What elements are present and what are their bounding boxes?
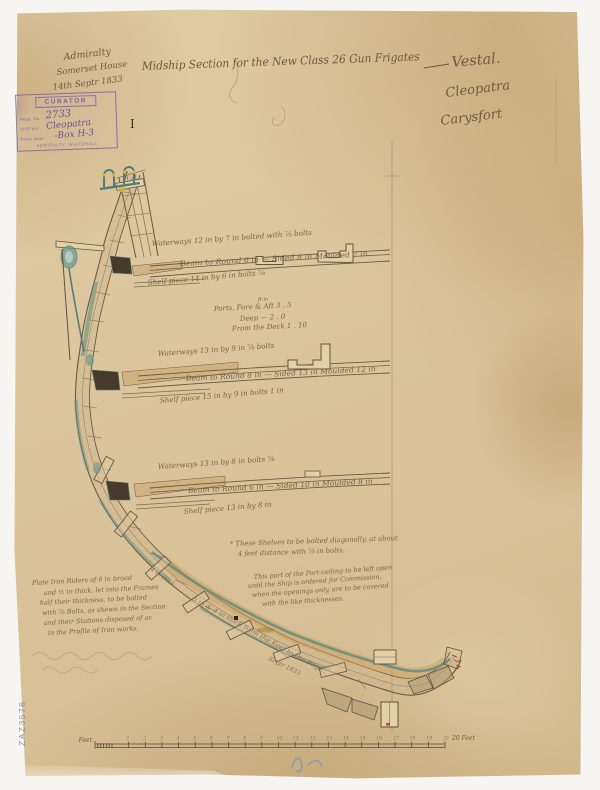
ports-dims-1: Ports, Fore & Aft 3 . 5 xyxy=(213,301,293,313)
ship-name-cleopatra: Cleopatra xyxy=(445,78,511,101)
chain-plate-lower xyxy=(86,354,94,366)
ship-name-vestal: Vestal. xyxy=(451,51,501,71)
waterway-lower xyxy=(106,481,130,500)
svg-text:9: 9 xyxy=(260,736,263,742)
upper-waterways-note: Waterways 12 in by 7 in bolted with ⅞ bo… xyxy=(152,228,313,248)
chain-plate-mid xyxy=(93,462,101,474)
scale-left-label: Feet xyxy=(78,737,93,744)
waterway-upper xyxy=(110,256,132,274)
iron-riders-note-line: in the Profile of Iron works. xyxy=(48,624,139,637)
shelves-note-line: * These Shelves to be bolted diagonally,… xyxy=(230,534,398,548)
shelves-note-line: 4 feet distance with ⅞ in bolts. xyxy=(237,546,345,558)
scale-right-label: 20 Feet xyxy=(451,735,475,742)
svg-text:7: 7 xyxy=(227,736,230,742)
svg-text:12: 12 xyxy=(310,736,316,742)
stamp-label: Regd. No. xyxy=(20,116,46,122)
carling-lower xyxy=(305,471,320,477)
svg-text:1: 1 xyxy=(127,736,130,742)
svg-text:3: 3 xyxy=(160,736,163,742)
svg-text:8: 8 xyxy=(243,736,246,742)
archive-mark: ZAZ3576 xyxy=(17,701,27,746)
scale-ticks: 1234567891011121314151617181920 xyxy=(98,736,449,748)
lower-waterways-note: Waterways 13 in by 8 in bolts ⅞ xyxy=(158,454,275,471)
svg-text:4: 4 xyxy=(176,736,180,742)
office-name: Admiralty xyxy=(62,46,112,63)
svg-text:2: 2 xyxy=(142,736,146,742)
red-ink-scrawl xyxy=(32,652,152,673)
svg-text:5: 5 xyxy=(193,736,196,742)
ports-dims-2: Deep — 2 . 0 xyxy=(239,313,286,323)
svg-text:18: 18 xyxy=(410,736,416,742)
plate-numeral: I xyxy=(130,117,135,131)
stamp-label: SHIP AH. xyxy=(20,126,46,132)
stamp-footer: ADMIRALTY, WHITEHALL xyxy=(21,140,114,148)
stamp-title: CURATOR xyxy=(35,95,97,108)
upper-beam-note: Beam to Round 6 in — Sided 8 in Moulded … xyxy=(179,249,369,268)
svg-text:20: 20 xyxy=(442,736,449,742)
title-dash xyxy=(424,64,449,68)
blue-pencil-mark xyxy=(292,758,322,771)
svg-text:19: 19 xyxy=(426,736,432,742)
curator-stamp: CURATOR Regd. No. 2733 SHIP AH. Cleopatr… xyxy=(15,91,118,151)
main-shelf-note: Shelf piece 15 in by 9 in bolts 1 in xyxy=(159,385,284,405)
scale-bar: 1234567891011121314151617181920 Feet 20 … xyxy=(78,735,476,749)
svg-text:15: 15 xyxy=(360,736,366,742)
svg-text:11: 11 xyxy=(293,736,299,742)
drawing-title: Midship Section for the New Class 26 Gun… xyxy=(141,49,420,73)
svg-text:17: 17 xyxy=(393,736,399,742)
svg-text:16: 16 xyxy=(376,736,382,742)
svg-text:13: 13 xyxy=(326,736,332,742)
svg-text:10: 10 xyxy=(277,736,283,742)
title-block: Admiralty Somerset House 14th Septr 1833… xyxy=(52,46,511,129)
svg-text:14: 14 xyxy=(343,736,349,742)
ship-name-carysfort: Carysfort xyxy=(440,106,504,129)
lower-shelf-note: Shelf piece 13 in by 8 in xyxy=(183,499,272,516)
yellow-fitting xyxy=(119,187,125,192)
hull-inscription: 3 in & 4 in thick from the Keel to the B… xyxy=(191,596,324,674)
stamp-label: Press Mark xyxy=(20,136,46,142)
coaming-main xyxy=(288,344,330,369)
page-background: { "palette":{ "paper":"#dcc69c","ink":"#… xyxy=(0,0,600,790)
waterway-main xyxy=(92,370,120,390)
svg-text:6: 6 xyxy=(210,736,213,742)
main-waterways-note: Waterways 13 in by 9 in ⅞ bolts xyxy=(158,341,275,358)
stamp-value: -Box H-3 xyxy=(54,128,94,141)
centre-line xyxy=(386,78,556,732)
